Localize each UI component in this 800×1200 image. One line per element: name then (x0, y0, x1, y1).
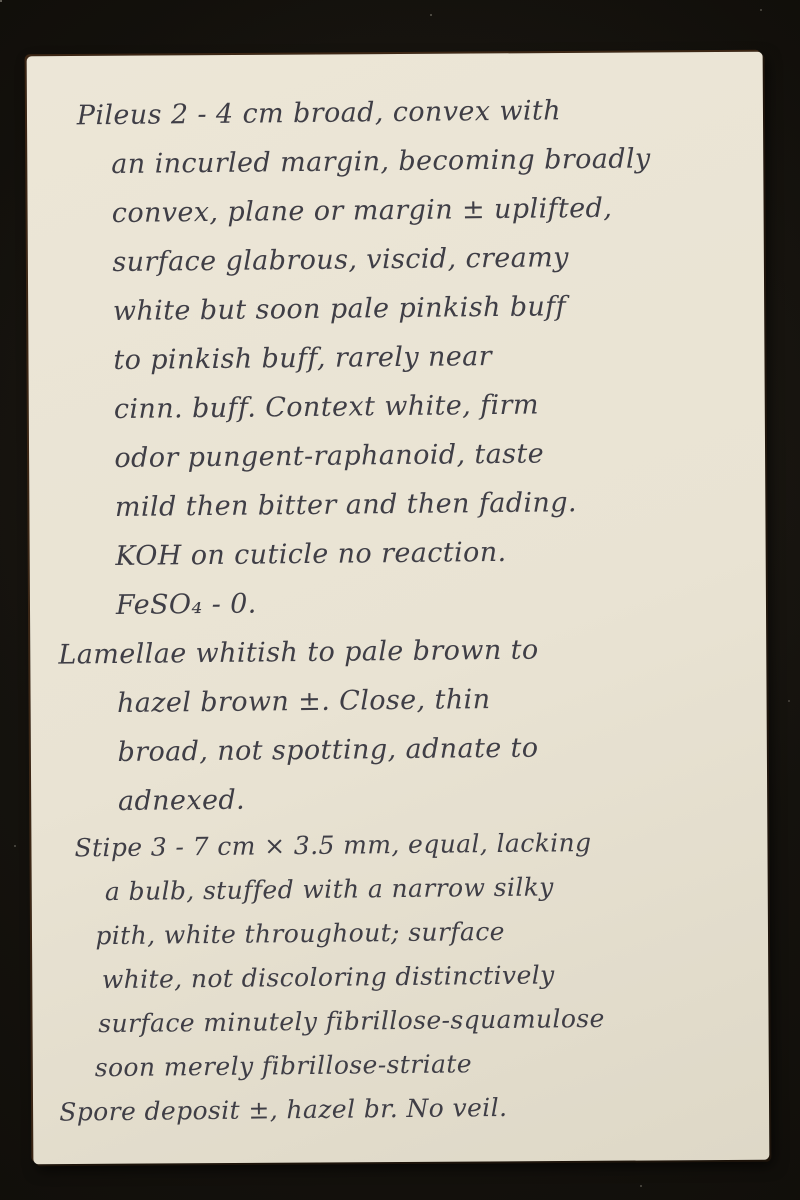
handwritten-line: white, not discoloring distinctively (102, 951, 756, 1002)
handwritten-line: surface minutely fibrillose-squamulose (98, 995, 756, 1046)
handwritten-line: odor pungent-raphanoid, taste (114, 427, 750, 483)
handwritten-line: an incurled margin, becoming broadly (111, 133, 747, 189)
handwritten-note: Pileus 2 - 4 cm broad, convex with an in… (49, 84, 758, 1134)
handwritten-line-lamellae: Lamellae whitish to pale brown to (58, 623, 752, 679)
photo-background: Pileus 2 - 4 cm broad, convex with an in… (0, 0, 800, 1200)
dust-specks (0, 0, 2, 2)
handwritten-line: convex, plane or margin ± uplifted, (112, 182, 748, 238)
handwritten-line-pileus: Pileus 2 - 4 cm broad, convex with (77, 84, 747, 140)
index-card: Pileus 2 - 4 cm broad, convex with an in… (27, 52, 770, 1164)
handwritten-line: adnexed. (118, 770, 754, 826)
handwritten-line-spore-deposit: Spore deposit ±, hazel br. No veil. (59, 1083, 757, 1134)
handwritten-line: broad, not spotting, adnate to (117, 721, 753, 777)
handwritten-line: cinn. buff. Context white, firm (114, 378, 750, 434)
handwritten-line: soon merely fibrillose-striate (95, 1039, 757, 1090)
handwritten-line: hazel brown ±. Close, thin (117, 672, 753, 728)
handwritten-line-koh: KOH on cuticle no reaction. (115, 525, 751, 581)
handwritten-line: to pinkish buff, rarely near (113, 329, 749, 385)
handwritten-line-feso4: FeSO₄ - 0. (116, 574, 752, 630)
handwritten-line-stipe: Stipe 3 - 7 cm × 3.5 mm, equal, lacking (74, 819, 754, 870)
handwritten-line: a bulb, stuffed with a narrow silky (105, 863, 755, 914)
handwritten-line: mild then bitter and then fading. (115, 476, 751, 532)
handwritten-line: pith, white throughout; surface (95, 907, 755, 958)
handwritten-line: surface glabrous, viscid, creamy (112, 231, 748, 287)
handwritten-line: white but soon pale pinkish buff (113, 280, 749, 336)
